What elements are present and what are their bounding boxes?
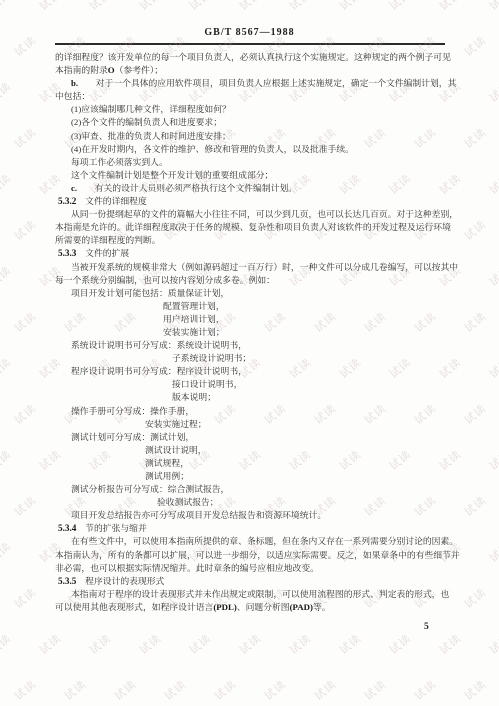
text-run: 项目开发总结报告亦可分写成项目开发总结报告和资源环境统计。 (71, 510, 326, 520)
text-run: (1)应该编制哪几种文件，详细程度如何？ (71, 104, 231, 114)
text-line: 5.3.3 文件的扩展 (58, 247, 499, 260)
watermark: 试读 (136, 0, 165, 14)
text-run: (PDL) (213, 602, 236, 612)
text-run: 在有些文件中，可以使用本指南所提供的章、条标题，但在条内又存在一系列需要分别讨论… (71, 536, 458, 546)
watermark: 试读 (486, 0, 499, 14)
text-run: （参考件）； (115, 65, 163, 75)
text-line: 测试用例； (145, 470, 499, 483)
text-run: 测试设计说明， (145, 445, 207, 455)
text-run: 当被开发系统的规模非常大（例如源码超过一百万行）时，一种文件可以分成几卷编写，可… (71, 262, 458, 272)
text-line: 测试计划可分写成：测试计划， (71, 431, 499, 444)
watermark: 试读 (261, 676, 290, 704)
watermark: 试读 (336, 0, 365, 14)
text-run: 、问题分析图 (237, 602, 290, 612)
text-line: 用户培训计划， (163, 313, 499, 326)
text-run: 版本说明； (172, 392, 216, 402)
text-line: 项目开发总结报告亦可分写成项目开发总结报告和资源环境统计。 (71, 509, 499, 522)
text-run: (2)各个文件的编制负责人和进度要求； (71, 117, 222, 127)
watermark: 试读 (361, 676, 390, 704)
watermark: 试读 (86, 0, 115, 14)
text-run: O (108, 65, 115, 75)
text-run: 本指南对于程序的设计表现形式并未作出规定或限制，可以使用流程图的形式、判定表的形… (71, 589, 449, 599)
text-line: 配置管理计划， (163, 300, 499, 313)
document-content: 的详细程度？该开发单位的每一个项目负责人，必须认真执行这个实施规定。这种规定的两… (0, 51, 499, 614)
text-line: 5.3.4 节的扩张与缩并 (58, 522, 499, 535)
text-run: 5.3.3 (58, 248, 76, 258)
watermark: 试读 (286, 630, 315, 658)
watermark: 试读 (86, 630, 115, 658)
watermark: 试读 (61, 676, 90, 704)
watermark: 试读 (0, 0, 14, 14)
text-run: 可以使用其他表现形式，如程序设计语言 (55, 602, 213, 612)
text-line: 程序设计说明书可分写成：程序设计说明书， (71, 365, 499, 378)
text-run: 本指南是允许的。此详细程度取决于任务的规模、复杂性和项目负责人对该软件的开发过程… (55, 222, 451, 232)
watermark: 试读 (161, 676, 190, 704)
watermark: 试读 (386, 0, 415, 14)
text-line: 从同一份提纲起草的文件的篇幅大小往往不同，可以少到几页，也可以长达几百页。对于这… (71, 208, 499, 221)
text-run: 5.3.5 (58, 576, 76, 586)
text-line: (3)审查、批准的负责人和时间进度安排； (71, 130, 499, 143)
text-run: 从同一份提纲起草的文件的篇幅大小往往不同，可以少到几页，也可以长达几百页。对于这… (71, 209, 458, 219)
text-line: 测试规程， (145, 457, 499, 470)
text-run: 安装实施过程； (145, 419, 207, 429)
watermark: 试读 (286, 0, 315, 14)
watermark: 试读 (311, 676, 340, 704)
watermark: 试读 (236, 630, 265, 658)
text-line: 这个文件编制计划是整个开发计划的重要组成部分； (71, 169, 499, 182)
text-run: 程序设计的表现形式 (76, 576, 164, 586)
text-run: 项目开发计划可能包括：质量保证计划， (71, 288, 229, 298)
text-line: 子系统设计说明书； (172, 352, 499, 365)
watermark: 试读 (136, 630, 165, 658)
text-line: 安装实施计划； (163, 326, 499, 339)
text-line: (4)在开发时期内，各文件的维护、修改和管理的负责人，以及批准手续。 (71, 143, 499, 156)
text-line: 5.3.2 文件的详细程度 (58, 195, 499, 208)
text-run: 等。 (313, 602, 331, 612)
text-run: 本指南的附录 (55, 65, 108, 75)
text-run: 测试分析报告可分写成：综合测试报告， (71, 484, 229, 494)
text-run: 非必需，也可以根据实际情况缩并。此时章条的编号应相应地改变。 (55, 563, 319, 573)
watermark: 试读 (0, 630, 14, 658)
text-run: 节的扩张与缩并 (76, 523, 146, 533)
text-line: 测试设计说明， (145, 444, 499, 457)
text-line: 测试分析报告可分写成：综合测试报告， (71, 483, 499, 496)
watermark: 试读 (486, 630, 499, 658)
text-run: 接口设计说明书， (172, 379, 242, 389)
text-line: 安装实施过程； (145, 418, 499, 431)
text-run: 这个文件编制计划是整个开发计划的重要组成部分； (71, 170, 273, 180)
text-line: b. 对于一个具体的应用软件项目，项目负责人应根据上述实施规定，确定一个文件编制… (71, 77, 499, 90)
watermark: 试读 (386, 630, 415, 658)
text-line: 每一个系统分别编制，也可以按内容划分成多卷。例如： (55, 274, 499, 287)
text-run: 有关的设计人员则必须严格执行这个文件编制计划。 (77, 183, 297, 193)
watermark: 试读 (36, 630, 65, 658)
watermark: 试读 (436, 0, 465, 14)
watermark: 试读 (11, 676, 40, 704)
text-run: 测试规程， (145, 458, 189, 468)
text-run: 配置管理计划， (163, 301, 225, 311)
text-run: 每一个系统分别编制，也可以按内容划分成多卷。例如： (55, 275, 275, 285)
text-run: 子系统设计说明书； (172, 353, 251, 363)
text-run: 测试用例； (145, 471, 189, 481)
watermark: 试读 (36, 0, 65, 14)
text-line: 可以使用其他表现形式，如程序设计语言(PDL)、问题分析图(PAD)等。 (55, 601, 499, 614)
text-run: 安装实施计划； (163, 327, 225, 337)
text-run: 文件的详细程度 (76, 196, 146, 206)
text-run: 5.3.4 (58, 523, 76, 533)
text-run: 测试计划可分写成：测试计划， (71, 432, 194, 442)
watermark: 试读 (186, 630, 215, 658)
text-run: (3)审查、批准的负责人和时间进度安排； (71, 131, 231, 141)
text-line: 5.3.5 程序设计的表现形式 (58, 575, 499, 588)
text-line: 中包括： (55, 90, 499, 103)
text-line: 非必需，也可以根据实际情况缩并。此时章条的编号应相应地改变。 (55, 562, 499, 575)
text-run: 验收测试报告； (157, 497, 219, 507)
text-run: 对于一个具体的应用软件项目，项目负责人应根据上述实施规定，确定一个文件编制计划，… (78, 78, 456, 88)
text-run: 本指南认为，所有的条都可以扩展，可以进一步细分，以适应实际需要。反之，如果章条中… (55, 550, 460, 560)
text-run: 系统设计说明书可分写成：系统设计说明书， (71, 340, 247, 350)
watermark: 试读 (211, 676, 240, 704)
text-line: 的详细程度？该开发单位的每一个项目负责人，必须认真执行这个实施规定。这种规定的两… (55, 51, 499, 64)
text-line: 本指南对于程序的设计表现形式并未作出规定或限制，可以使用流程图的形式、判定表的形… (71, 588, 499, 601)
text-run: (4)在开发时期内，各文件的维护、修改和管理的负责人，以及批准手续。 (71, 144, 354, 154)
text-run: 所需要的详细程度的判断。 (55, 235, 161, 245)
text-line: 系统设计说明书可分写成：系统设计说明书， (71, 339, 499, 352)
watermark: 试读 (411, 676, 440, 704)
text-run: 用户培训计划， (163, 314, 225, 324)
page-number: 5 (424, 622, 429, 632)
text-line: 本指南认为，所有的条都可以扩展，可以进一步细分，以适应实际需要。反之，如果章条中… (55, 549, 499, 562)
text-run: 中包括： (55, 91, 90, 101)
text-line: 验收测试报告； (157, 496, 499, 509)
document-page: GB/T 8567—1988 的详细程度？该开发单位的每一个项目负责人，必须认真… (0, 0, 499, 706)
text-line: 操作手册可分写成：操作手册， (71, 405, 499, 418)
text-run: 文件的扩展 (76, 248, 129, 258)
text-line: 所需要的详细程度的判断。 (55, 234, 499, 247)
text-line: 本指南的附录O（参考件）； (55, 64, 499, 77)
text-line: (1)应该编制哪几种文件，详细程度如何？ (71, 103, 499, 116)
watermark: 试读 (436, 630, 465, 658)
text-run: 每项工作必须落实到人。 (71, 157, 168, 167)
text-line: 在有些文件中，可以使用本指南所提供的章、条标题，但在条内又存在一系列需要分别讨论… (71, 535, 499, 548)
watermark: 试读 (186, 0, 215, 14)
text-run: 程序设计说明书可分写成：程序设计说明书， (71, 366, 247, 376)
text-run: 的详细程度？该开发单位的每一个项目负责人，必须认真执行这个实施规定。这种规定的两… (55, 52, 451, 62)
watermark: 试读 (461, 676, 490, 704)
text-line: 每项工作必须落实到人。 (71, 156, 499, 169)
text-line: (2)各个文件的编制负责人和进度要求； (71, 116, 499, 129)
text-line: 接口设计说明书， (172, 378, 499, 391)
standard-number-header: GB/T 8567—1988 (0, 27, 499, 38)
text-line: 本指南是允许的。此详细程度取决于任务的规模、复杂性和项目负责人对该软件的开发过程… (55, 221, 499, 234)
text-line: 当被开发系统的规模非常大（例如源码超过一百万行）时，一种文件可以分成几卷编写，可… (71, 261, 499, 274)
text-run: 5.3.2 (58, 196, 76, 206)
text-line: 项目开发计划可能包括：质量保证计划， (71, 287, 499, 300)
text-line: c. 有关的设计人员则必须严格执行这个文件编制计划。 (71, 182, 499, 195)
text-run: (PAD) (290, 602, 313, 612)
text-run: 操作手册可分写成：操作手册， (71, 406, 194, 416)
watermark: 试读 (111, 676, 140, 704)
text-line: 版本说明； (172, 391, 499, 404)
watermark: 试读 (336, 630, 365, 658)
header-rule-divider (55, 43, 445, 45)
watermark: 试读 (236, 0, 265, 14)
